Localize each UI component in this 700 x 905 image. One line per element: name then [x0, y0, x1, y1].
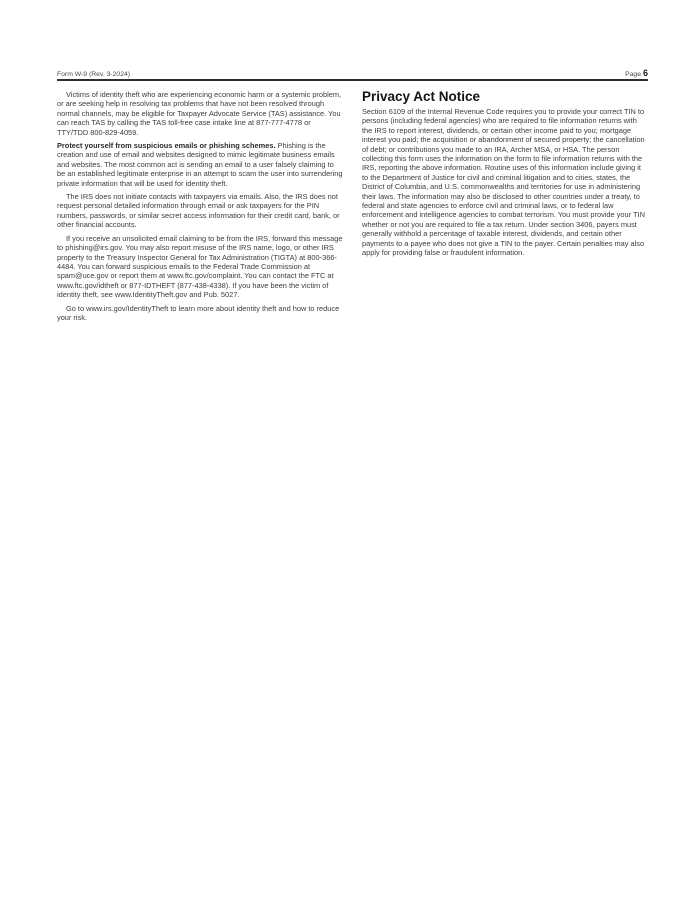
form-id: Form W-9 (Rev. 3-2024) [57, 71, 130, 78]
page-indicator: Page 6 [625, 68, 648, 78]
paragraph-identity-theft-link: Go to www.irs.gov/IdentityTheft to learn… [57, 304, 343, 323]
page-number: 6 [643, 68, 648, 78]
paragraph-tas-assistance: Victims of identity theft who are experi… [57, 90, 343, 137]
privacy-act-notice-body: Section 6109 of the Internal Revenue Cod… [362, 107, 648, 258]
paragraph-irs-no-contact: The IRS does not initiate contacts with … [57, 192, 343, 230]
phishing-bold-lead: Protect yourself from suspicious emails … [57, 141, 276, 150]
content-columns: Victims of identity theft who are experi… [57, 90, 648, 326]
form-w9-page: Form W-9 (Rev. 3-2024) Page 6 Victims of… [0, 0, 700, 905]
right-column: Privacy Act Notice Section 6109 of the I… [362, 90, 648, 326]
paragraph-report-email: If you receive an unsolicited email clai… [57, 234, 343, 300]
header-rule [57, 79, 648, 81]
page-header: Form W-9 (Rev. 3-2024) Page 6 [57, 68, 648, 78]
page-label: Page [625, 71, 641, 78]
privacy-act-notice-heading: Privacy Act Notice [362, 90, 648, 104]
left-column: Victims of identity theft who are experi… [57, 90, 343, 326]
paragraph-phishing: Protect yourself from suspicious emails … [57, 141, 343, 188]
